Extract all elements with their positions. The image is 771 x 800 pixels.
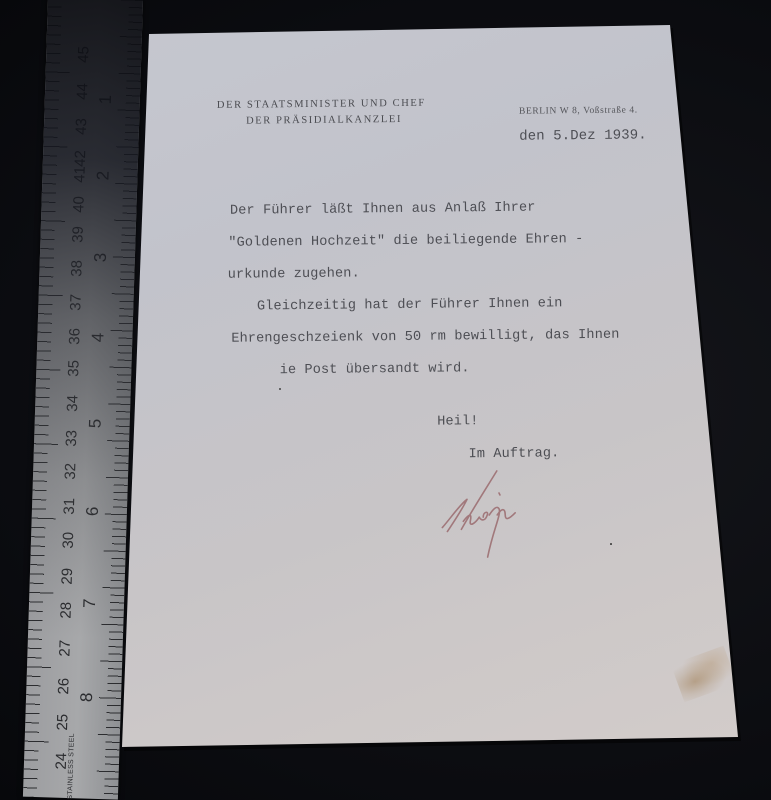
letter-date: den 5.Dez 1939. [519, 127, 647, 144]
handwritten-signature [439, 468, 550, 564]
ruler-cm-label: 44 [75, 83, 91, 100]
ruler-cm-label: 32 [63, 463, 79, 480]
ruler-cm-label: 42 [73, 150, 89, 167]
letterhead-address: BERLIN W 8, Voßstraße 4. [519, 105, 638, 116]
ruler-cm-label: 41 [72, 166, 88, 183]
ruler-cm-label: 33 [64, 430, 80, 447]
ruler-cm-label: 43 [74, 118, 90, 135]
letterhead-subtitle: DER PRÄSIDIALKANZLEI [246, 114, 402, 127]
ruler-cm-label: 28 [59, 602, 75, 619]
ruler-material-label: STAINLESS STEEL [67, 733, 76, 800]
ruler-cm-label: 37 [68, 294, 84, 311]
ruler-cm-label: 35 [66, 360, 82, 377]
ruler-cm-label: 30 [61, 532, 77, 549]
ruler-cm-label: 31 [62, 498, 78, 515]
letterhead-title: DER STAATSMINISTER UND CHEF [217, 98, 426, 111]
photo-scene: 45 44 43 42 41 40 39 38 37 36 35 34 33 3… [0, 0, 771, 800]
body-line: Ehrengeschzeienk von 50 rm bewilligt, da… [231, 328, 619, 347]
body-line: ie Post übersandt wird. [280, 361, 470, 378]
closing-greeting: Heil! [437, 414, 478, 429]
ruler-cm-label: 34 [65, 395, 81, 412]
ruler-cm-label: 45 [76, 46, 92, 63]
ruler-inch-label: 5 [87, 418, 104, 428]
body-line: urkunde zugehen. [228, 266, 360, 282]
ruler-cm-label: 40 [71, 196, 87, 213]
ruler-inch-label: 7 [81, 598, 98, 608]
body-line: "Goldenen Hochzeit" die beiliegende Ehre… [228, 232, 583, 251]
ruler-cm-label: 29 [60, 568, 76, 585]
ruler-cm-label: 39 [70, 226, 86, 243]
ruler-inch-label: 2 [94, 171, 111, 181]
ruler-cm-label: 36 [67, 328, 83, 345]
ruler-cm-label: 27 [57, 640, 73, 657]
body-line: Der Führer läßt Ihnen aus Anlaß Ihrer [230, 201, 536, 219]
ruler-cm-label: 26 [56, 678, 72, 695]
ruler-inch-label: 3 [92, 253, 109, 263]
closing-on-behalf: Im Auftrag. [468, 446, 559, 462]
ruler-cm-label: 38 [69, 260, 85, 277]
ruler-inch-label: 6 [84, 506, 101, 516]
ruler-inch-label: 1 [97, 95, 114, 105]
ruler-cm-label: 25 [55, 714, 71, 731]
body-line: Gleichzeitig hat der Führer Ihnen ein [257, 296, 563, 314]
ruler-inch-label: 4 [89, 332, 106, 342]
ruler-inch-label: 8 [78, 692, 95, 702]
